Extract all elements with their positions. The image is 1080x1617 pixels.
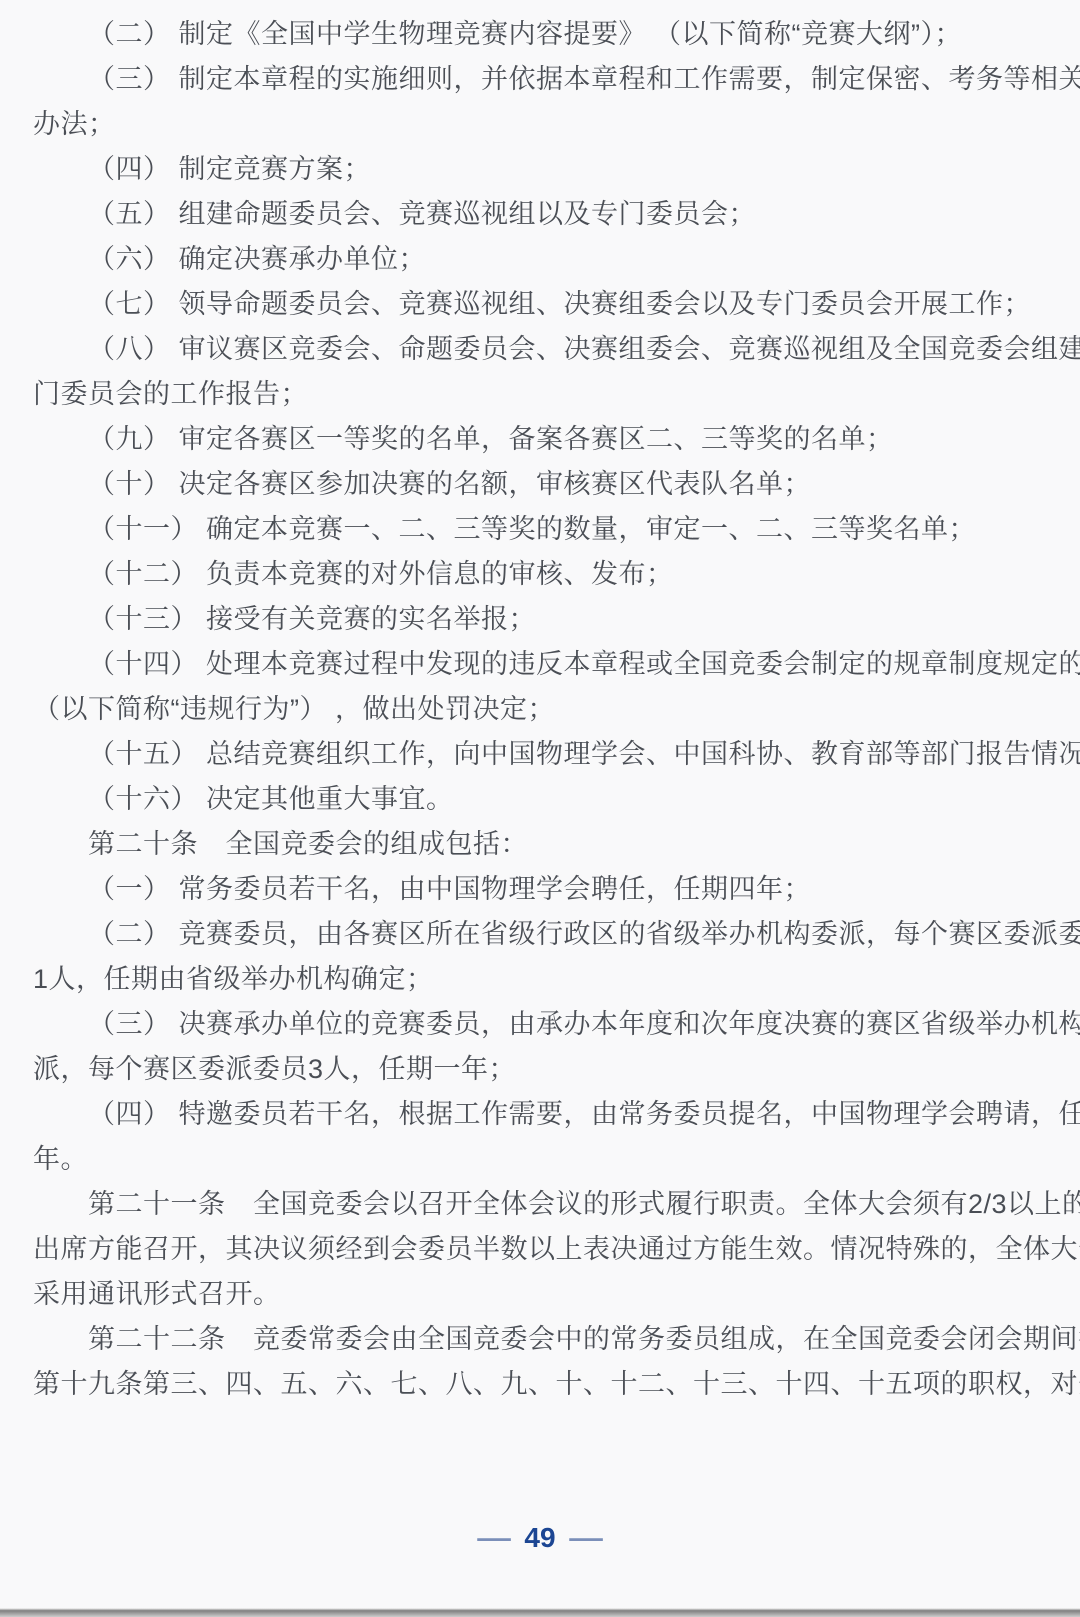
clause-line: （二） 竞赛委员，由各赛区所在省级行政区的省级举办机构委派，每个赛区委派委员 xyxy=(0,912,1080,957)
clause-line: （十六） 决定其他重大事宜。 xyxy=(0,777,1080,822)
clause-line: （十三） 接受有关竞赛的实名举报； xyxy=(0,597,1080,642)
clause-line: （二） 制定《全国中学生物理竞赛内容提要》 （以下简称“竞赛大纲”）； xyxy=(0,12,1080,57)
clause-line-continuation: （以下简称“违规行为”） ，做出处罚决定； xyxy=(0,687,1080,732)
clause-line: （九） 审定各赛区一等奖的名单，备案各赛区二、三等奖的名单； xyxy=(0,417,1080,462)
clause-line: （三） 决赛承办单位的竞赛委员，由承办本年度和次年度决赛的赛区省级举办机构委 xyxy=(0,1002,1080,1047)
clause-line: （六） 确定决赛承办单位； xyxy=(0,237,1080,282)
article-22-line: 第二十二条 竞委常委会由全国竞委会中的常务委员组成，在全国竞委会闭会期间行使 xyxy=(0,1317,1080,1362)
page-number-right-dash: — xyxy=(569,1522,603,1554)
clause-line: （八） 审议赛区竞委会、命题委员会、决赛组委会、竞赛巡视组及全国竞委会组建的专 xyxy=(0,327,1080,372)
page-bottom-edge-bar xyxy=(0,1608,1080,1617)
clause-line: （十一） 确定本竞赛一、二、三等奖的数量，审定一、二、三等奖名单； xyxy=(0,507,1080,552)
clause-line: （四） 制定竞赛方案； xyxy=(0,147,1080,192)
clause-line-continuation: 1人，任期由省级举办机构确定； xyxy=(0,957,1080,1002)
article-22-line-continuation: 第十九条第三、四、五、六、七、八、九、十、十二、十三、十四、十五项的职权，对全国 xyxy=(0,1362,1080,1407)
clause-line: （十五） 总结竞赛组织工作，向中国物理学会、中国科协、教育部等部门报告情况； xyxy=(0,732,1080,777)
clause-line-continuation: 年。 xyxy=(0,1137,1080,1182)
clause-line: （十） 决定各赛区参加决赛的名额，审核赛区代表队名单； xyxy=(0,462,1080,507)
clause-line: （三） 制定本章程的实施细则，并依据本章程和工作需要，制定保密、考务等相关管理 xyxy=(0,57,1080,102)
page-number-left-dash: — xyxy=(478,1522,512,1554)
clause-line: （十二） 负责本竞赛的对外信息的审核、发布； xyxy=(0,552,1080,597)
page-number: — 49 — xyxy=(0,1518,1080,1558)
document-page: （二） 制定《全国中学生物理竞赛内容提要》 （以下简称“竞赛大纲”）； （三） … xyxy=(0,0,1080,1617)
clause-line-continuation: 派，每个赛区委派委员3人，任期一年； xyxy=(0,1047,1080,1092)
document-body: （二） 制定《全国中学生物理竞赛内容提要》 （以下简称“竞赛大纲”）； （三） … xyxy=(0,12,1080,1407)
clause-line: （四） 特邀委员若干名，根据工作需要，由常务委员提名，中国物理学会聘请，任期一 xyxy=(0,1092,1080,1137)
article-21-line-continuation: 采用通讯形式召开。 xyxy=(0,1272,1080,1317)
clause-line: （五） 组建命题委员会、竞赛巡视组以及专门委员会； xyxy=(0,192,1080,237)
clause-line: （七） 领导命题委员会、竞赛巡视组、决赛组委会以及专门委员会开展工作； xyxy=(0,282,1080,327)
article-21-line-continuation: 出席方能召开，其决议须经到会委员半数以上表决通过方能生效。情况特殊的，全体大会可 xyxy=(0,1227,1080,1272)
article-20-heading-line: 第二十条 全国竞委会的组成包括： xyxy=(0,822,1080,867)
clause-line: （十四） 处理本竞赛过程中发现的违反本章程或全国竞委会制定的规章制度规定的行为 xyxy=(0,642,1080,687)
clause-line: （一） 常务委员若干名，由中国物理学会聘任，任期四年； xyxy=(0,867,1080,912)
page-number-value: 49 xyxy=(524,1522,555,1554)
article-21-line: 第二十一条 全国竞委会以召开全体会议的形式履行职责。全体大会须有2/3以上的委员 xyxy=(0,1182,1080,1227)
clause-line-continuation: 办法； xyxy=(0,102,1080,147)
clause-line-continuation: 门委员会的工作报告； xyxy=(0,372,1080,417)
